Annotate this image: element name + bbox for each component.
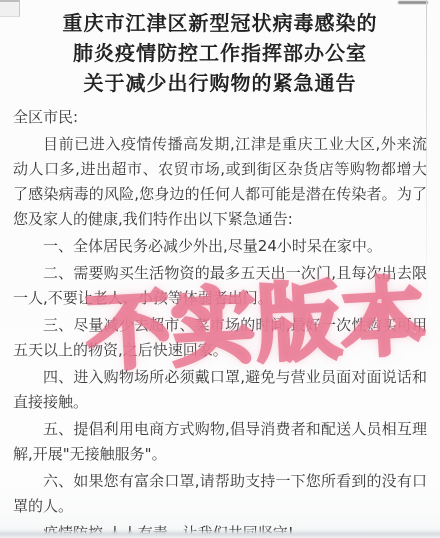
paragraph-item-2: 二、需要购买生活物资的最多五天出一次门,且每次出去限一人,不要让老人、小孩等体弱… (13, 261, 427, 311)
scan-corner-artifact (0, 0, 20, 17)
paragraph-item-5: 五、提倡利用电商方式购物,倡导消费者和配送人员相互理解,开展"无接触服务"。 (13, 417, 427, 467)
document-body: 全区市民: 目前已进入疫情传播高发期,江津是重庆工业大区,外来流动人口多,进出超… (0, 98, 440, 538)
document-title: 重庆市江津区新型冠状病毒感染的 肺炎疫情防控工作指挥部办公室 关于减少出行购物的… (0, 0, 440, 98)
paragraph-item-3: 三、尽量减少去超市、菜市场的时间,最好一次性购买可用五天以上的物资,之后快速回家… (13, 313, 427, 363)
title-line-3: 关于减少出行购物的紧急通告 (0, 68, 440, 98)
scan-edge-line (426, 0, 427, 320)
title-line-1: 重庆市江津区新型冠状病毒感染的 (0, 8, 440, 38)
scan-smudge-artifact (398, 1, 428, 4)
scan-bottom-edge (0, 529, 440, 538)
paragraph-item-6: 六、如果您有富余口罩,请帮助支持一下您所看到的没有口罩的人。 (13, 469, 427, 519)
paragraph-item-1: 一、全体居民务必减少外出,尽量24小时呆在家中。 (13, 234, 427, 259)
paragraph-intro: 目前已进入疫情传播高发期,江津是重庆工业大区,外来流动人口多,进出超市、农贸市场… (13, 132, 427, 232)
title-line-2: 肺炎疫情防控工作指挥部办公室 (0, 38, 440, 68)
salutation: 全区市民: (13, 105, 427, 130)
notice-document-page: 重庆市江津区新型冠状病毒感染的 肺炎疫情防控工作指挥部办公室 关于减少出行购物的… (0, 0, 440, 538)
paragraph-item-4: 四、进入购物场所必须戴口罩,避免与营业员面对面说话和直接接触。 (13, 365, 427, 415)
